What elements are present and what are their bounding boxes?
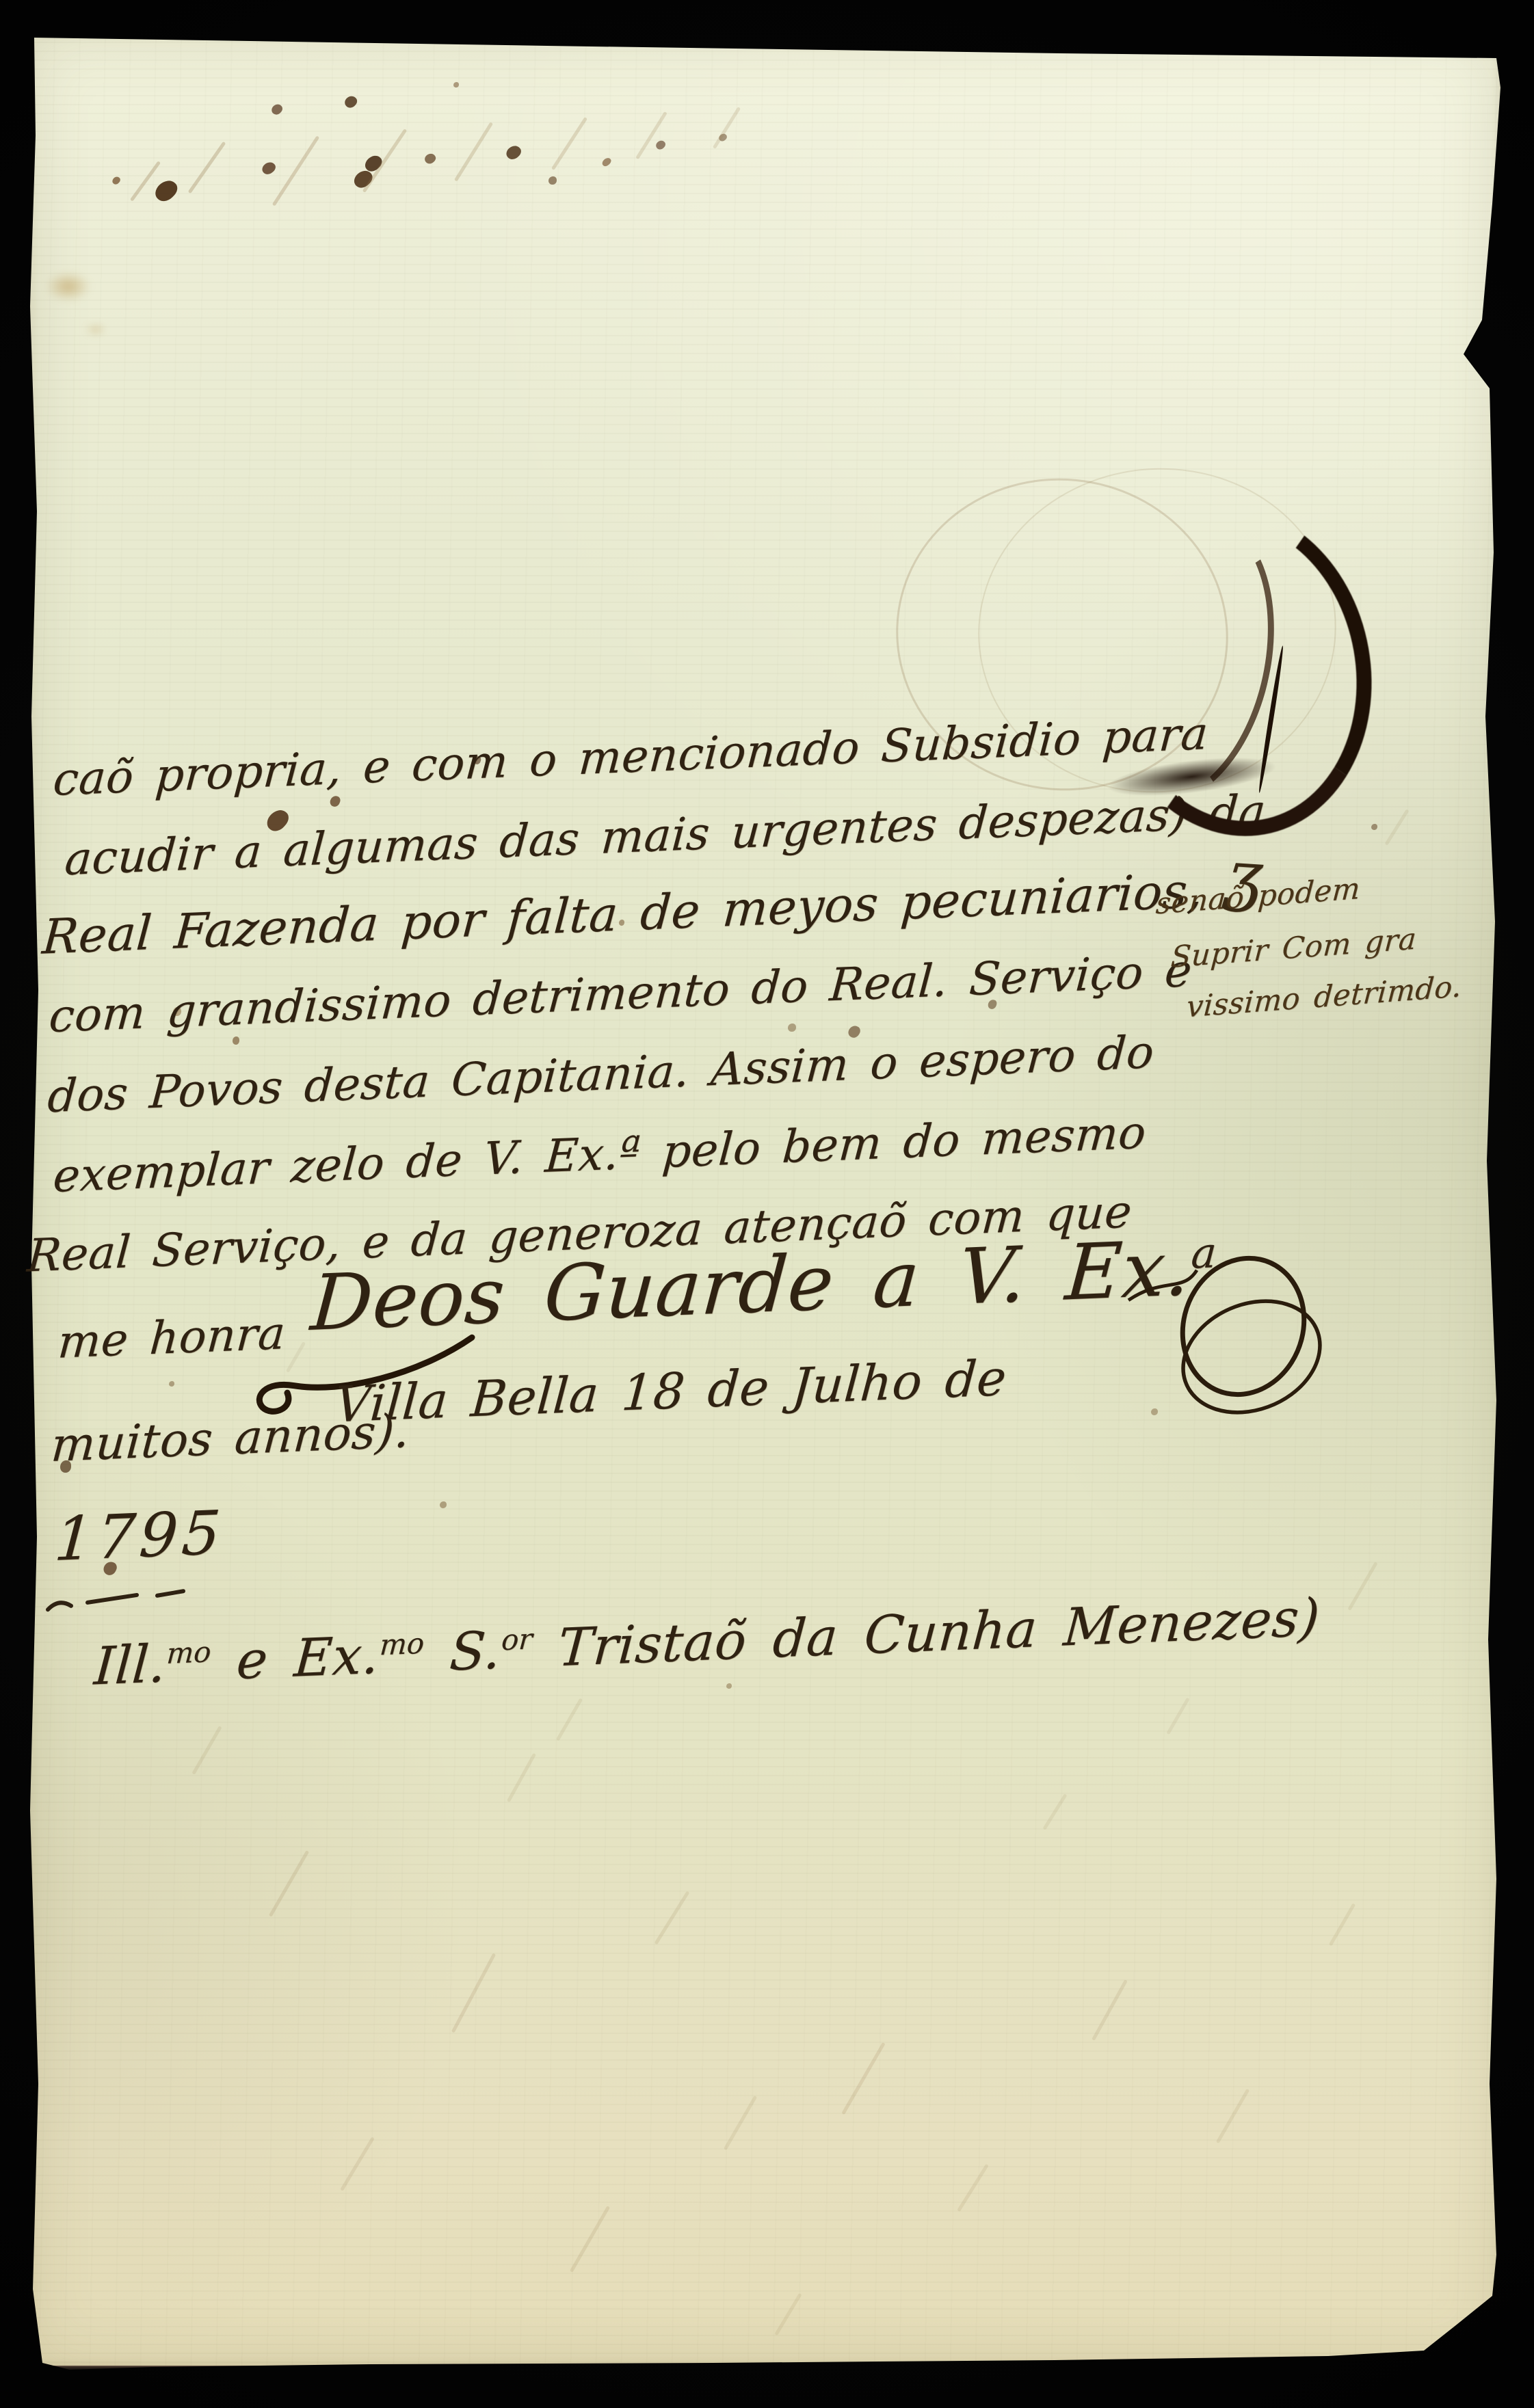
valediction-flourish (1156, 1251, 1334, 1429)
body-line-5: dos Povos desta Capitania. Assim o esper… (46, 1026, 1156, 1123)
body-line-4: com grandissimo detrimento do Real. Serv… (47, 944, 1193, 1043)
addressee-sup-1: mo (166, 1635, 212, 1670)
year-underline (42, 1581, 248, 1620)
addressee-honorific-3: S. (421, 1619, 503, 1683)
body-line-6: exemplar zelo de V. Ex.ª pelo bem do mes… (51, 1106, 1148, 1203)
margin-note-line-3: vissimo detrimdo. (1185, 969, 1463, 1024)
addressee-line: Ill.mo e Ex.mo S.or Tristaõ da Cunha Men… (92, 1586, 1322, 1696)
addressee-honorific-2: e Ex. (208, 1624, 381, 1692)
addressee-sup-3: or (501, 1622, 534, 1657)
handwriting-layer: caõ propria, e com o mencionado Subsidio… (0, 0, 1534, 2408)
addressee-honorific-1: Ill. (92, 1633, 168, 1696)
dateline-year: 1795 (52, 1497, 226, 1575)
margin-note-line-2: Suprir Com gra (1169, 922, 1417, 974)
addressee-sup-2: mo (379, 1627, 425, 1662)
body-line-1: caõ propria, e com o mencionado Subsidio… (51, 707, 1210, 806)
photo-background: caõ propria, e com o mencionado Subsidio… (0, 0, 1534, 2408)
addressee-name: Tristaõ da Cunha Menezes) (529, 1586, 1321, 1679)
